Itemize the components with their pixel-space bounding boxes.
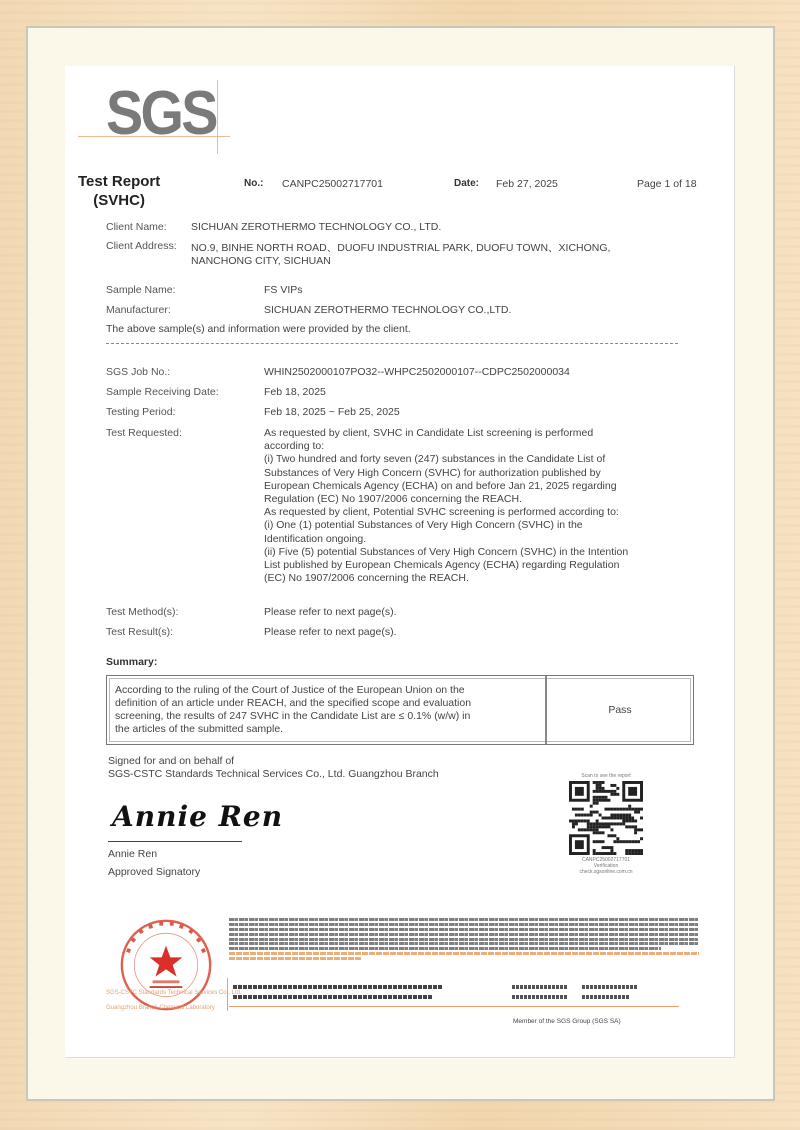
logo-text: SGS	[106, 78, 216, 149]
manufacturer-value: SICHUAN ZEROTHERMO TECHNOLOGY CO.,LTD.	[264, 304, 511, 316]
official-seal-icon	[118, 917, 214, 1013]
qr-caption-top: Scan to see the report	[565, 773, 647, 779]
footer-rule	[229, 1006, 679, 1007]
summary-table: According to the ruling of the Court of …	[106, 675, 694, 745]
summary-text: According to the ruling of the Court of …	[107, 676, 547, 744]
behalf-line-1: Signed for and on behalf of	[108, 755, 234, 767]
sample-name-value: FS VIPs	[264, 284, 303, 296]
requested-line: (ii) Five (5) potential Substances of Ve…	[264, 546, 694, 559]
section-divider	[106, 343, 678, 344]
sgs-logo: SGS	[78, 80, 238, 160]
stamp-caption-1: SGS-CSTC Standards Technical Services Co…	[106, 990, 242, 996]
footer-email	[582, 995, 630, 999]
testing-period-value: Feb 18, 2025 ~ Feb 25, 2025	[264, 406, 400, 418]
test-requested-text: As requested by client, SVHC in Candidat…	[264, 427, 694, 585]
requested-line: European Chemicals Agency (ECHA) on and …	[264, 480, 694, 493]
summary-result: Pass	[547, 676, 693, 744]
requested-line: Regulation (EC) No 1907/2006 concerning …	[264, 493, 694, 506]
requested-line: List published by European Chemicals Age…	[264, 559, 694, 572]
verification-qr[interactable]: Scan to see the report CANPC25002717701 …	[565, 773, 647, 875]
signature-line	[108, 841, 242, 842]
requested-line: (i) One (1) potential Substances of Very…	[264, 519, 694, 532]
receiving-date-label: Sample Receiving Date:	[106, 386, 219, 398]
footer-vertical-rule	[227, 978, 228, 1011]
footer-website	[582, 985, 638, 989]
test-result-value: Please refer to next page(s).	[264, 626, 397, 638]
footer-fax	[512, 995, 567, 999]
requested-line: As requested by client, Potential SVHC s…	[264, 506, 694, 519]
qr-code-icon[interactable]	[569, 781, 643, 855]
requested-line: (i) Two hundred and forty seven (247) su…	[264, 453, 694, 466]
report-no-label: No.:	[244, 178, 263, 189]
client-address-line-1: NO.9, BINHE NORTH ROAD、DUOFU INDUSTRIAL …	[191, 240, 610, 255]
receiving-date-value: Feb 18, 2025	[264, 386, 326, 398]
testing-period-label: Testing Period:	[106, 406, 175, 418]
requested-line: Identification ongoing.	[264, 533, 694, 546]
summary-title: Summary:	[106, 656, 157, 668]
requested-line: according to:	[264, 440, 694, 453]
behalf-line-2: SGS-CSTC Standards Technical Services Co…	[108, 768, 439, 780]
test-result-label: Test Result(s):	[106, 626, 173, 638]
logo-vertical-rule	[217, 80, 218, 154]
terms-fine-print	[229, 918, 699, 970]
footer-address-line	[233, 985, 443, 989]
requested-line: Substances of Very High Concern (SVHC) f…	[264, 467, 694, 480]
signatory-name: Annie Ren	[108, 848, 157, 860]
logo-horizontal-rule	[78, 136, 230, 137]
date-value: Feb 27, 2025	[496, 178, 558, 190]
title-line-1: Test Report	[78, 172, 160, 191]
footer-address-line-cn	[233, 995, 433, 999]
client-address-line-2: NANCHONG CITY, SICHUAN	[191, 255, 331, 267]
sample-note: The above sample(s) and information were…	[106, 323, 411, 335]
requested-line: As requested by client, SVHC in Candidat…	[264, 427, 694, 440]
footer-phone	[512, 985, 567, 989]
page-indicator: Page 1 of 18	[637, 178, 697, 190]
signatory-role: Approved Signatory	[108, 866, 200, 878]
client-name-label: Client Name:	[106, 221, 167, 233]
member-of-sgs-group: Member of the SGS Group (SGS SA)	[513, 1018, 621, 1025]
date-label: Date:	[454, 178, 479, 189]
report-no-value: CANPC25002717701	[282, 178, 383, 190]
qr-caption-site: check.sgsonline.com.cn	[565, 869, 647, 875]
manufacturer-label: Manufacturer:	[106, 304, 171, 316]
summary-line: screening, the results of 247 SVHC in th…	[115, 710, 537, 723]
job-no-label: SGS Job No.:	[106, 366, 170, 378]
summary-line: According to the ruling of the Court of …	[115, 684, 537, 697]
test-method-label: Test Method(s):	[106, 606, 178, 618]
handwritten-signature: Annie Ren	[112, 800, 283, 833]
test-requested-label: Test Requested:	[106, 427, 182, 439]
summary-line: definition of an article under REACH, an…	[115, 697, 537, 710]
client-address-label: Client Address:	[106, 240, 177, 252]
client-name-value: SICHUAN ZEROTHERMO TECHNOLOGY CO., LTD.	[191, 221, 441, 233]
report-title: Test Report (SVHC)	[78, 172, 160, 210]
title-line-2: (SVHC)	[78, 191, 160, 210]
summary-line: the articles of the submitted sample.	[115, 723, 537, 736]
requested-line: (EC) No 1907/2006 concerning the REACH.	[264, 572, 694, 585]
test-method-value: Please refer to next page(s).	[264, 606, 397, 618]
sample-name-label: Sample Name:	[106, 284, 175, 296]
stamp-caption-2: Guangzhou Branch Chemical Laboratory	[106, 1005, 215, 1011]
job-no-value: WHIN2502000107PO32--WHPC2502000107--CDPC…	[264, 366, 570, 378]
